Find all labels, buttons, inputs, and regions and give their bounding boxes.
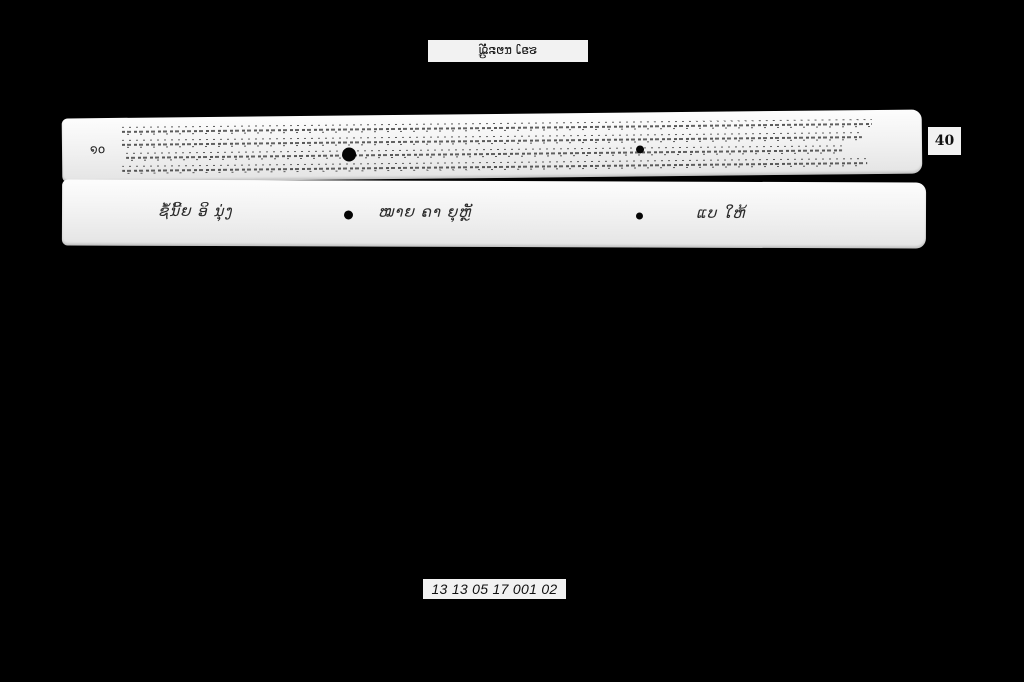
folio-number-label: 40	[928, 127, 961, 155]
text-line	[122, 162, 867, 171]
shelfmark-label: 13 13 05 17 001 02	[423, 579, 566, 599]
palm-leaf-verso: ຊໍ້ນີ້ຍ ອິ ນຸ່ງ ໝາຍ ຄາ ຍຸຫຼັ ແບ ໃຫ້	[62, 179, 926, 248]
text-line	[126, 149, 842, 158]
title-label: ຂອງ ແລະຫຼີ	[428, 40, 588, 62]
leaf-number: ໑໐	[90, 142, 105, 156]
binding-hole	[636, 212, 643, 219]
binding-hole	[636, 145, 644, 153]
verso-text-block: ຊໍ້ນີ້ຍ ອິ ນຸ່ງ	[158, 202, 233, 220]
text-line	[122, 123, 872, 132]
verso-text-block: ແບ ໃຫ້	[696, 204, 746, 222]
text-line	[122, 136, 862, 145]
verso-text-block: ໝາຍ ຄາ ຍຸຫຼັ	[378, 203, 471, 221]
palm-leaf-recto: ໑໐	[62, 109, 923, 182]
binding-hole	[342, 147, 356, 161]
binding-hole	[344, 210, 353, 219]
